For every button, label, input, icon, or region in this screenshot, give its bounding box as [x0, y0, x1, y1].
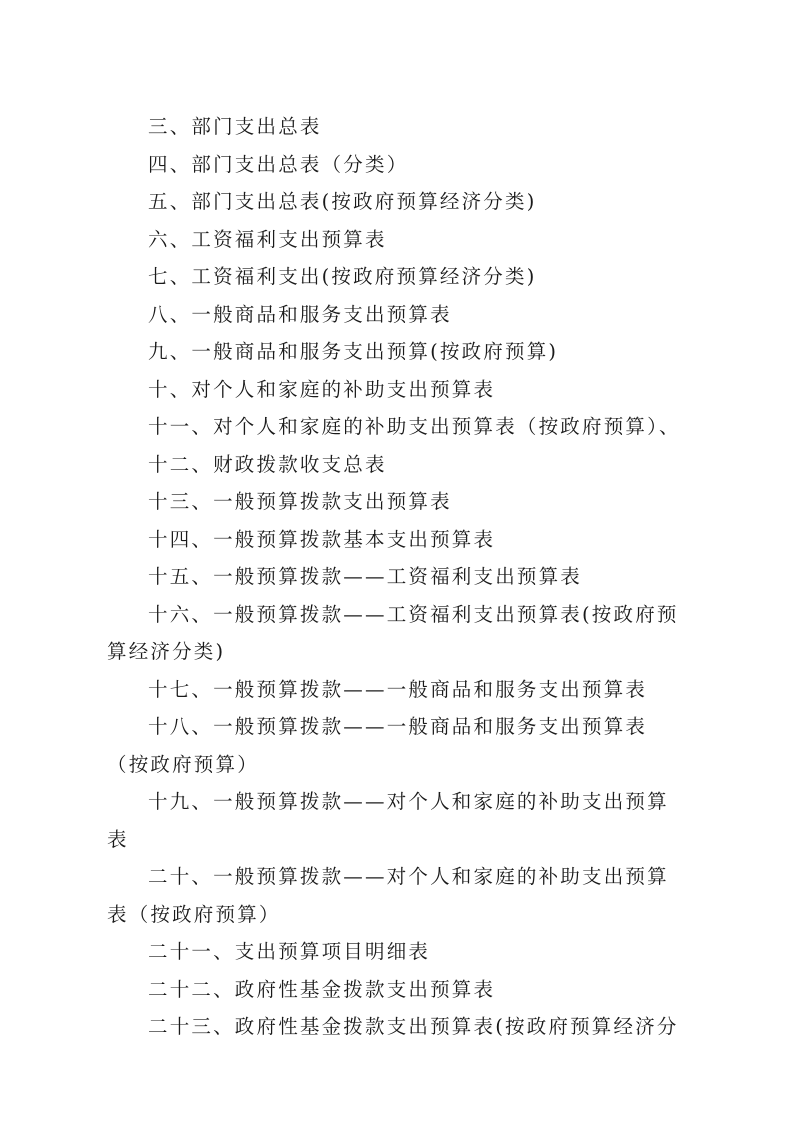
list-item: 八、一般商品和服务支出预算表 [107, 296, 687, 334]
list-item: 十二、财政拨款收支总表 [107, 446, 687, 484]
list-item: 十三、一般预算拨款支出预算表 [107, 483, 687, 521]
list-item: 十九、一般预算拨款——对个人和家庭的补助支出预算表 [107, 783, 687, 858]
list-item: 十四、一般预算拨款基本支出预算表 [107, 521, 687, 559]
list-item: 二十一、支出预算项目明细表 [107, 933, 687, 971]
list-item: 十八、一般预算拨款——一般商品和服务支出预算表（按政府预算） [107, 708, 687, 783]
list-item: 二十、一般预算拨款——对个人和家庭的补助支出预算表（按政府预算） [107, 858, 687, 933]
list-item: 二十二、政府性基金拨款支出预算表 [107, 971, 687, 1009]
list-item: 六、工资福利支出预算表 [107, 221, 687, 259]
list-item: 三、部门支出总表 [107, 108, 687, 146]
list-item: 十、对个人和家庭的补助支出预算表 [107, 371, 687, 409]
list-item: 五、部门支出总表(按政府预算经济分类) [107, 183, 687, 221]
list-item: 十一、对个人和家庭的补助支出预算表（按政府预算）、 [107, 408, 687, 446]
list-item: 九、一般商品和服务支出预算(按政府预算) [107, 333, 687, 371]
list-item: 七、工资福利支出(按政府预算经济分类) [107, 258, 687, 296]
list-item: 十五、一般预算拨款——工资福利支出预算表 [107, 558, 687, 596]
document-page: 三、部门支出总表 四、部门支出总表（分类） 五、部门支出总表(按政府预算经济分类… [107, 108, 687, 1046]
list-item: 十六、一般预算拨款——工资福利支出预算表(按政府预算经济分类) [107, 596, 687, 671]
list-item: 十七、一般预算拨款——一般商品和服务支出预算表 [107, 671, 687, 709]
list-item: 四、部门支出总表（分类） [107, 146, 687, 184]
list-item: 二十三、政府性基金拨款支出预算表(按政府预算经济分 [107, 1008, 687, 1046]
